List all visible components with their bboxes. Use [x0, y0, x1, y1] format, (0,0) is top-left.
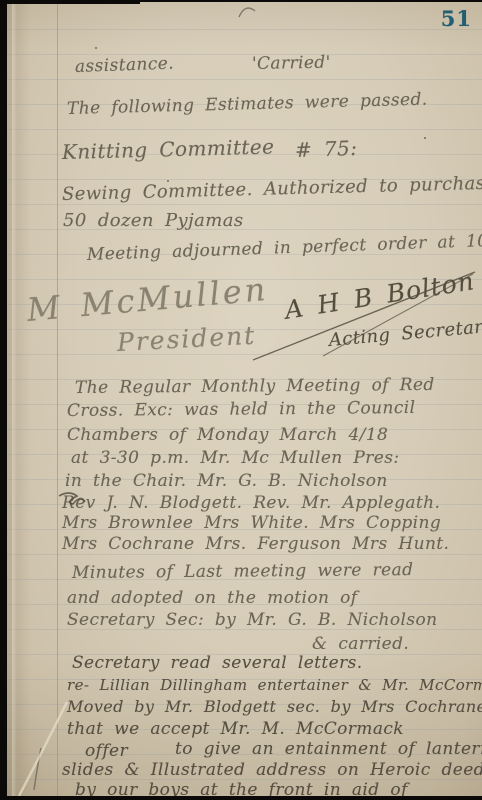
handwritten-line: to give an entainment of lantern [175, 741, 482, 758]
handwritten-line: Mrs Brownlee Mrs White. Mrs Copping [62, 515, 441, 532]
handwritten-line: Chambers of Monday March 4/18 [67, 427, 388, 444]
paper-speck [424, 137, 426, 139]
handwritten-line: Moved by Mr. Blodgett sec. by Mrs Cochra… [67, 699, 482, 715]
handwritten-line: in the Chair. Mr. G. B. Nicholson [65, 473, 388, 490]
handwritten-line: Cross. Exc: was held in the Council [67, 400, 416, 420]
handwritten-line: The Regular Monthly Meeting of Red [75, 377, 435, 397]
handwritten-line: by our boys at the front in aid of [75, 782, 408, 796]
page-number: 51 [441, 6, 472, 31]
handwritten-line: re- Lillian Dillingham entertainer & Mr.… [67, 678, 482, 693]
handwritten-line: 'Carried' [252, 55, 331, 73]
handwritten-line: # 75: [295, 138, 358, 160]
handwritten-line: & carried. [312, 636, 409, 653]
president-signature-title: President [116, 323, 256, 355]
handwritten-line: at 3-30 p.m. Mr. Mc Mullen Pres: [71, 450, 400, 467]
handwritten-line: slides & Illustrated address on Heroic d… [62, 762, 482, 779]
handwritten-line: Secretary Sec: by Mr. G. B. Nicholson [67, 612, 437, 629]
handwritten-line: Knitting Committee [62, 136, 275, 162]
handwritten-line: 50 dozen Pyjamas [63, 212, 243, 230]
scanned-minute-book-page: 51 assistance. 'Carried' The following E… [0, 0, 482, 800]
handwritten-line: Secretary read several letters. [72, 655, 363, 672]
handwritten-line: offer [85, 743, 128, 760]
paper-speck [95, 47, 97, 49]
red-margin-line [57, 2, 58, 796]
paper-speck [167, 180, 169, 182]
handwritten-line: that we accept Mr. M. McCormack [67, 721, 404, 738]
handwritten-line: and adopted on the motion of [67, 590, 357, 607]
ledger-paper: 51 assistance. 'Carried' The following E… [7, 2, 482, 796]
scan-edge-top [0, 0, 140, 4]
handwritten-line: Minutes of Last meeting were read [72, 562, 414, 582]
handwritten-line: Rev J. N. Blodgett. Rev. Mr. Applegath. [62, 495, 440, 512]
handwritten-line: assistance. [75, 56, 175, 76]
page-gutter-highlight [12, 2, 17, 796]
handwritten-line: Mrs Cochrane Mrs. Ferguson Mrs Hunt. [62, 536, 449, 553]
